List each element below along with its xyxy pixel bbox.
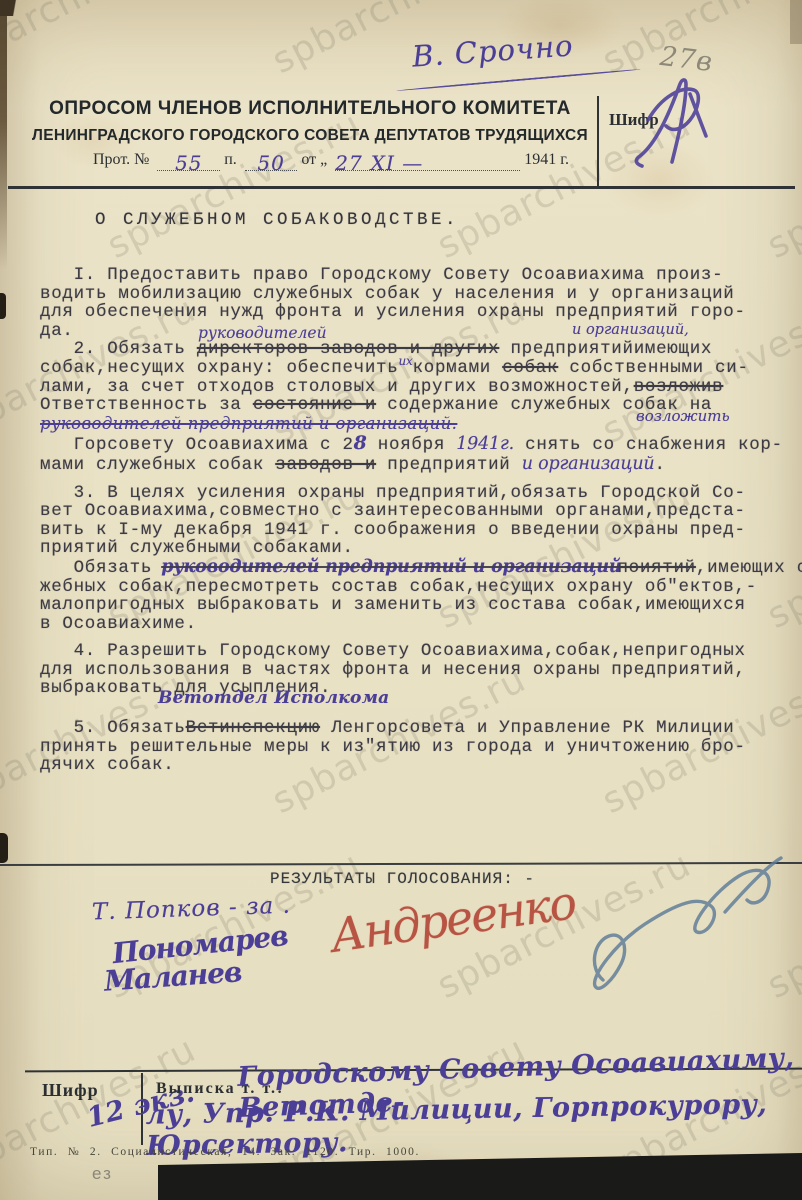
protocol-number: 55	[175, 151, 202, 175]
paragraph: 3. В целях усиления охраны предприятий,о…	[40, 484, 764, 634]
text-segment: возложив	[634, 377, 724, 397]
text-segment: вить к I-му декабря 1941 г. соображения …	[40, 520, 746, 540]
watermark-text: spbarchives.ru	[761, 474, 802, 637]
letterhead-line2: ЛЕНИНГРАДСКОГО ГОРОДСКОГО СОВЕТА ДЕПУТАТ…	[30, 127, 590, 145]
correction-vetotdel: Ветотдел Исполкома	[158, 688, 389, 708]
point-number: 50	[257, 151, 284, 175]
text-segment: ,имеющих слу-	[696, 558, 802, 578]
paragraph: 4. Разрешить Городскому Совету Осоавиахи…	[40, 642, 764, 698]
text-segment: директоров заводов и других	[197, 339, 499, 359]
text-line: для использования в частях фронта и несе…	[40, 661, 764, 680]
text-line: в Осоавиахиме.	[40, 615, 764, 634]
binding-edge	[0, 0, 7, 270]
text-line: жебных собак,пересмотреть состав собак,н…	[40, 578, 764, 597]
text-segment: собак,несущих охрану: обеспечить	[40, 358, 398, 378]
text-segment: 5. Обязать	[40, 718, 186, 738]
year-label: 1941 г.	[524, 151, 573, 171]
text-line: приятий служебными собаками.	[40, 539, 764, 558]
text-segment: поиятий	[617, 558, 695, 578]
text-segment: лами, за счет отходов столовых и других …	[40, 377, 634, 397]
binding-mark	[0, 833, 8, 863]
text-segment: 4. Разрешить Городскому Совету Осоавиахи…	[40, 641, 746, 661]
header-rule	[8, 186, 795, 189]
document-page: spbarchives.ruspbarchives.ruspbarchives.…	[0, 0, 802, 1200]
header-divider	[597, 96, 599, 187]
text-segment: руководителей предприятий и организаций.	[40, 414, 457, 433]
text-segment: собак	[502, 358, 558, 378]
text-line: собак,несущих охрану: обеспечитьихкормам…	[40, 359, 764, 378]
archive-corner-mark: ез	[92, 1164, 113, 1184]
text-line: принять решительные меры к из"ятию из го…	[40, 738, 764, 757]
text-segment: Ветинспекцию	[186, 718, 320, 738]
text-line: мами служебных собак заводов и предприят…	[40, 455, 764, 475]
text-segment: .	[654, 455, 665, 475]
text-line: лами, за счет отходов столовых и других …	[40, 378, 764, 397]
point-label: п.	[224, 151, 241, 171]
text-segment: 8	[354, 432, 367, 454]
text-line: вить к I-му декабря 1941 г. соображения …	[40, 521, 764, 540]
text-line: Обязать руководителей предприятий и орга…	[40, 558, 764, 578]
text-segment: и организаций	[522, 454, 655, 474]
text-segment: их	[398, 354, 412, 368]
protocol-label: Прот. №	[93, 151, 153, 171]
page-number: 27в	[658, 41, 714, 78]
point-number-field: 50	[245, 148, 298, 171]
document-body: I. Предоставить право Городскому Совету …	[40, 266, 764, 775]
protocol-line: Прот. № 55 п. 50 от „ 27 XI — 1941 г.	[93, 148, 573, 171]
text-segment: Ленгорсовета и Управление РК Милиции	[320, 718, 734, 738]
document-title: О СЛУЖЕБНОМ СОБАКОВОДСТВЕ.	[95, 210, 459, 230]
text-segment: Горсовету Осоавиахима с 2	[40, 435, 354, 455]
text-segment: собственными си-	[558, 358, 748, 378]
correction-i-organizatsii: и организаций,	[572, 322, 689, 338]
text-segment: ноября	[367, 435, 457, 455]
date-day: 27	[335, 151, 362, 175]
text-segment: состояние и	[253, 395, 376, 415]
text-segment: руководителей предприятий и организаций	[161, 557, 621, 577]
text-segment: снять со снабжения кор-	[514, 435, 783, 455]
urgent-note: В. Срочно	[411, 28, 575, 73]
signature-red-pencil: Андреенко	[327, 875, 578, 963]
date-field: 27 XI —	[335, 148, 520, 171]
text-segment: предприятий	[499, 339, 633, 359]
text-line: выбраковать для усыпления.	[40, 679, 764, 698]
text-segment: 1941г.	[456, 434, 514, 454]
text-line: малопригодных выбраковать и заменить из …	[40, 596, 764, 615]
text-line: 3. В целях усиления охраны предприятий,о…	[40, 484, 764, 503]
text-line: дячих собак.	[40, 756, 764, 775]
scan-corner-shadow	[0, 0, 52, 16]
text-line: вет Осоавиахима,совместно с заинтересова…	[40, 502, 764, 521]
date-month: XI —	[371, 151, 424, 175]
text-segment: малопригодных выбраковать и заменить из …	[40, 595, 746, 615]
text-segment: мами служебных собак	[40, 455, 275, 475]
text-segment: предприятий	[376, 455, 522, 475]
correction-rukovoditelei: руководителей	[198, 324, 327, 342]
text-segment: для использования в частях фронта и несе…	[40, 660, 746, 680]
text-segment: I. Предоставить право Городскому Совету …	[40, 265, 723, 285]
letterhead: ОПРОСОМ ЧЛЕНОВ ИСПОЛНИТЕЛЬНОГО КОМИТЕТА …	[30, 98, 590, 145]
text-segment: имеющих	[634, 339, 712, 359]
text-segment: Обязать	[40, 558, 163, 578]
text-segment: заводов и	[275, 455, 376, 475]
print-shop-imprint: Тип. № 2. Социалистическая, 14. Зак. 112…	[30, 1146, 420, 1158]
text-segment: дячих собак.	[40, 755, 174, 775]
text-line: I. Предоставить право Городскому Совету …	[40, 266, 764, 285]
text-line: водить мобилизацию служебных собак у нас…	[40, 285, 764, 304]
text-segment: принять решительные меры к из"ятию из го…	[40, 737, 746, 757]
cipher-handwritten-mark	[628, 76, 720, 176]
text-segment: вет Осоавиахима,совместно с заинтересова…	[40, 501, 746, 521]
binding-mark	[0, 293, 6, 319]
date-label: от „	[301, 151, 331, 171]
signature-blue-pencil	[575, 848, 793, 1008]
correction-vozlozhit: возложить	[636, 407, 730, 425]
text-segment: кормами	[413, 358, 503, 378]
text-segment: 2. Обязать	[40, 339, 197, 359]
text-line: 5. ОбязатьВетинспекцию Ленгорсовета и Уп…	[40, 719, 764, 738]
text-segment: приятий служебными собаками.	[40, 538, 354, 558]
scan-corner-shadow	[790, 0, 802, 44]
text-segment: да.	[40, 321, 74, 341]
text-segment: в Осоавиахиме.	[40, 614, 197, 634]
text-segment: водить мобилизацию служебных собак у нас…	[40, 284, 735, 304]
text-line: 4. Разрешить Городскому Совету Осоавиахи…	[40, 642, 764, 661]
text-line: для обеспечения нужд фронта и усиления о…	[40, 303, 764, 322]
text-segment: Ответственность за	[40, 395, 253, 415]
footer-cipher-label: Шифр	[42, 1080, 99, 1101]
text-segment: жебных собак,пересмотреть состав собак,н…	[40, 577, 757, 597]
protocol-number-field: 55	[157, 148, 220, 171]
paragraph: 5. ОбязатьВетинспекцию Ленгорсовета и Уп…	[40, 719, 764, 775]
text-segment: 3. В целях усиления охраны предприятий,о…	[40, 483, 746, 503]
text-line: Горсовету Осоавиахима с 28 ноября 1941г.…	[40, 434, 764, 455]
text-segment: для обеспечения нужд фронта и усиления о…	[40, 302, 746, 322]
letterhead-line1: ОПРОСОМ ЧЛЕНОВ ИСПОЛНИТЕЛЬНОГО КОМИТЕТА	[30, 98, 590, 120]
